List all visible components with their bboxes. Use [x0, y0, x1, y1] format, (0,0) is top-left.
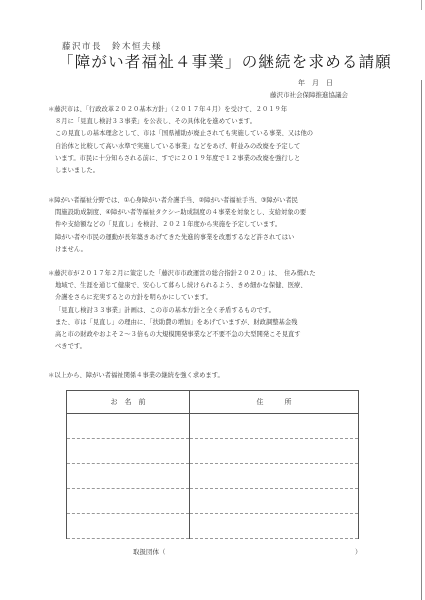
signature-table: お 名 前 住 所: [66, 390, 359, 539]
address-cell[interactable]: [190, 489, 359, 514]
paragraph-line: 地域で、生涯を通じて健康で、安心して暮らし続けられるよう、きめ細かな保健、医療、: [48, 280, 378, 292]
paragraph-line: 「見直し検討３３事業」計画は、この市の基本方針と全く矛盾するものです。: [48, 305, 378, 317]
table-row: [67, 439, 359, 464]
paragraph-line: ＊藤沢市は、「行政改革２０２０基本方針」（２０１７年４月）を受けて、２０１９年: [48, 104, 378, 116]
paragraph-2: ＊障がい者福祉分野では、①心身障がい者介護手当、②障がい者福祉手当、③障がい者民…: [48, 195, 378, 256]
handling-organization-close: ）: [355, 547, 362, 556]
name-cell[interactable]: [67, 514, 190, 539]
date-line: 年 月 日: [298, 78, 333, 88]
paragraph-line: います。市民に十分知らされる前に、すでに２０１９年度で１２事業の改廃を強行しと: [48, 153, 378, 165]
scan-artifact-line: [421, 0, 422, 10]
paragraph-3: ＊藤沢市が２０１７年２月に策定した「藤沢市市政運営の総合指針２０２０」は、 住み…: [48, 268, 378, 353]
paragraph-line: けません。: [48, 244, 378, 256]
table-row: [67, 489, 359, 514]
table-row: [67, 414, 359, 439]
paragraph-line: ＊藤沢市が２０１７年２月に策定した「藤沢市市政運営の総合指針２０２０」は、 住み…: [48, 268, 378, 280]
closing-statement: ＊以上から、障がい者福祉関係４事業の継続を強く求めます。: [48, 370, 224, 379]
paragraph-line: べきです。: [48, 341, 378, 353]
paragraph-line: しまいました。: [48, 165, 378, 177]
name-cell[interactable]: [67, 464, 190, 489]
paragraph-line: また、市は「見直し」の理由に、「扶助費の増加」をあげていますが、財政調整基金残: [48, 317, 378, 329]
handling-organization-label: 取扱団体（: [133, 547, 166, 556]
paragraph-line: 件や支給額などの「見直し」を検討、２０２１年度から実施を予定しています。: [48, 219, 378, 231]
address-cell[interactable]: [190, 514, 359, 539]
paragraph-line: この見直しの基本理念として、市は「国県補助が廃止されても実施している事業、又は他…: [48, 128, 378, 140]
paragraph-line: ＊障がい者福祉分野では、①心身障がい者介護手当、②障がい者福祉手当、③障がい者民: [48, 195, 378, 207]
address-cell[interactable]: [190, 439, 359, 464]
column-header-name: お 名 前: [67, 391, 190, 414]
column-header-address: 住 所: [190, 391, 359, 414]
organization-name: 藤沢市社会保障推進協議会: [270, 90, 348, 99]
paragraph-line: 自治体と比較して高い水準で実施している事業」などをあげ、軒並みの改廃を予定して: [48, 141, 378, 153]
name-cell[interactable]: [67, 489, 190, 514]
table-row: [67, 514, 359, 539]
table-row: [67, 464, 359, 489]
petition-page: 藤沢市長 鈴木恒夫様 「障がい者福祉４事業」の継続を求める請願 年 月 日 藤沢…: [0, 0, 425, 600]
paragraph-line: 介護をさらに充実するとの方針を明らかにしています。: [48, 292, 378, 304]
address-cell[interactable]: [190, 464, 359, 489]
table-header-row: お 名 前 住 所: [67, 391, 359, 414]
paragraph-line: 間施設助成制度、④障がい者等福祉タクシー助成制度の４事業を対象とし、支給対象の要: [48, 207, 378, 219]
paragraph-1: ＊藤沢市は、「行政改革２０２０基本方針」（２０１７年４月）を受けて、２０１９年 …: [48, 104, 378, 177]
paragraph-line: 障がい者や市民の運動が長年築きあげてきた先進的事業を改悪するなど許されてはい: [48, 232, 378, 244]
scan-artifact-line: [421, 80, 422, 600]
address-cell[interactable]: [190, 414, 359, 439]
name-cell[interactable]: [67, 439, 190, 464]
paragraph-line: 高と市の財政やおよそ２～３倍もの大規模開発事業など不要不急の大型開発こそ見直す: [48, 329, 378, 341]
name-cell[interactable]: [67, 414, 190, 439]
paragraph-line: ８月に「見直し検討３３事業」を公表し、その具体化を進めています。: [48, 116, 378, 128]
document-title: 「障がい者福祉４事業」の継続を求める請願: [58, 50, 392, 72]
